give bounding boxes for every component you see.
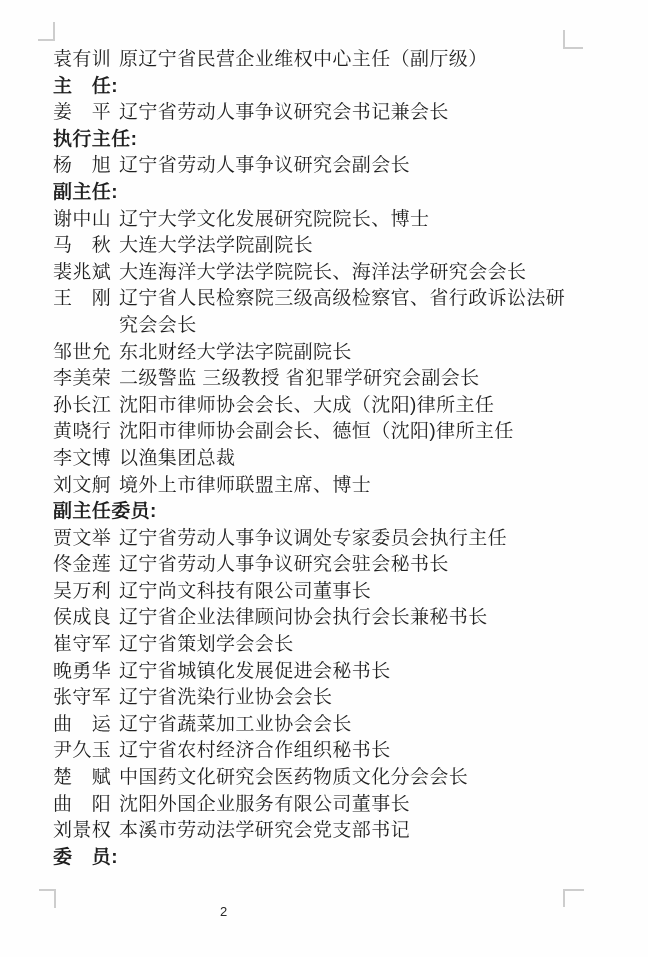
person-name: 李美荣	[53, 366, 112, 393]
person-name: 尹久玉	[53, 738, 112, 765]
person-name: 邹世允	[53, 340, 112, 367]
person-name: 刘景权	[53, 818, 112, 845]
person-title: 辽宁省劳动人事争议研究会书记兼会长	[119, 100, 449, 127]
section-heading-label: 主 任:	[53, 74, 118, 101]
roster-entry: 姜 平辽宁省劳动人事争议研究会书记兼会长	[53, 100, 593, 127]
section-heading-label: 副主任:	[53, 180, 118, 207]
roster-entry: 侯成良辽宁省企业法律顾问协会执行会长兼秘书长	[53, 605, 593, 632]
person-name: 黄哓行	[53, 419, 112, 446]
roster-entry: 曲 阳沈阳外国企业服务有限公司董事长	[53, 792, 593, 819]
section-heading: 副主任委员:	[53, 499, 593, 526]
person-title: 辽宁省人民检察院三级高级检察官、省行政诉讼法研究会会长	[119, 286, 569, 339]
roster-entry: 佟金莲辽宁省劳动人事争议研究会驻会秘书长	[53, 552, 593, 579]
person-title: 辽宁省城镇化发展促进会秘书长	[119, 659, 391, 686]
person-title: 大连大学法学院副院长	[119, 233, 313, 260]
person-name: 侯成良	[53, 605, 112, 632]
person-title: 原辽宁省民营企业维权中心主任（副厅级）	[119, 47, 488, 74]
person-title: 境外上市律师联盟主席、博士	[119, 473, 371, 500]
crop-mark-bottom-right	[563, 889, 584, 907]
document-page: 袁有训原辽宁省民营企业维权中心主任（副厅级）主 任:姜 平辽宁省劳动人事争议研究…	[0, 0, 648, 957]
roster-entry: 孙长江沈阳市律师协会会长、大成（沈阳)律所主任	[53, 393, 593, 420]
roster-entry: 崔守军辽宁省策划学会会长	[53, 632, 593, 659]
person-title: 中国药文化研究会医药物质文化分会会长	[119, 765, 468, 792]
roster-entry: 袁有训原辽宁省民营企业维权中心主任（副厅级）	[53, 47, 593, 74]
section-heading: 执行主任:	[53, 127, 593, 154]
person-name: 张守军	[53, 685, 112, 712]
person-title: 辽宁省蔬菜加工业协会会长	[119, 712, 352, 739]
person-name: 贾文举	[53, 526, 112, 553]
roster-entry: 贾文举辽宁省劳动人事争议调处专家委员会执行主任	[53, 526, 593, 553]
person-title: 东北财经大学法字院副院长	[119, 340, 352, 367]
roster-entry: 黄哓行沈阳市律师协会副会长、德恒（沈阳)律所主任	[53, 419, 593, 446]
person-name: 李文博	[53, 446, 112, 473]
person-title: 辽宁省劳动人事争议调处专家委员会执行主任	[119, 526, 507, 553]
person-name: 杨 旭	[53, 153, 112, 180]
person-name: 曲 阳	[53, 792, 112, 819]
roster-entry: 马 秋大连大学法学院副院长	[53, 233, 593, 260]
person-name: 马 秋	[53, 233, 112, 260]
crop-mark-bottom-left	[39, 889, 56, 908]
section-heading: 主 任:	[53, 74, 593, 101]
person-name: 裴兆斌	[53, 260, 112, 287]
roster-entry: 尹久玉辽宁省农村经济合作组织秘书长	[53, 738, 593, 765]
roster-entry: 楚 赋中国药文化研究会医药物质文化分会会长	[53, 765, 593, 792]
person-name: 佟金莲	[53, 552, 112, 579]
person-title: 沈阳市律师协会会长、大成（沈阳)律所主任	[119, 393, 494, 420]
roster-entry: 李文博以渔集团总裁	[53, 446, 593, 473]
person-name: 谢中山	[53, 207, 112, 234]
person-title: 辽宁省劳动人事争议研究会驻会秘书长	[119, 552, 449, 579]
roster-entry: 裴兆斌大连海洋大学法学院院长、海洋法学研究会会长	[53, 260, 593, 287]
person-name: 吴万利	[53, 579, 112, 606]
roster-list: 袁有训原辽宁省民营企业维权中心主任（副厅级）主 任:姜 平辽宁省劳动人事争议研究…	[53, 47, 593, 871]
person-name: 袁有训	[53, 47, 112, 74]
person-title: 辽宁省企业法律顾问协会执行会长兼秘书长	[119, 605, 488, 632]
person-title: 以渔集团总裁	[119, 446, 235, 473]
roster-entry: 吴万利辽宁尚文科技有限公司董事长	[53, 579, 593, 606]
roster-entry: 曲 运辽宁省蔬菜加工业协会会长	[53, 712, 593, 739]
person-title: 辽宁省洗染行业协会会长	[119, 685, 332, 712]
person-name: 晚勇华	[53, 659, 112, 686]
section-heading-label: 执行主任:	[53, 127, 137, 154]
person-title: 本溪市劳动法学研究会党支部书记	[119, 818, 410, 845]
person-name: 王 刚	[53, 286, 112, 313]
person-name: 姜 平	[53, 100, 112, 127]
person-name: 曲 运	[53, 712, 112, 739]
person-title: 沈阳市律师协会副会长、德恒（沈阳)律所主任	[119, 419, 514, 446]
section-heading-label: 副主任委员:	[53, 499, 157, 526]
roster-entry: 晚勇华辽宁省城镇化发展促进会秘书长	[53, 659, 593, 686]
section-heading: 副主任:	[53, 180, 593, 207]
person-title: 辽宁省劳动人事争议研究会副会长	[119, 153, 410, 180]
section-heading-label: 委 员:	[53, 845, 118, 872]
roster-entry: 李美荣二级警监 三级教授 省犯罪学研究会副会长	[53, 366, 593, 393]
roster-entry: 邹世允东北财经大学法字院副院长	[53, 340, 593, 367]
person-name: 孙长江	[53, 393, 112, 420]
person-name: 崔守军	[53, 632, 112, 659]
page-number: 2	[220, 904, 227, 919]
roster-entry: 刘景权本溪市劳动法学研究会党支部书记	[53, 818, 593, 845]
roster-entry: 王 刚辽宁省人民检察院三级高级检察官、省行政诉讼法研究会会长	[53, 286, 593, 339]
roster-entry: 刘文舸境外上市律师联盟主席、博士	[53, 473, 593, 500]
roster-entry: 杨 旭辽宁省劳动人事争议研究会副会长	[53, 153, 593, 180]
person-title: 辽宁省农村经济合作组织秘书长	[119, 738, 391, 765]
person-title: 沈阳外国企业服务有限公司董事长	[119, 792, 410, 819]
person-title: 二级警监 三级教授 省犯罪学研究会副会长	[119, 366, 480, 393]
roster-entry: 谢中山辽宁大学文化发展研究院院长、博士	[53, 207, 593, 234]
person-title: 大连海洋大学法学院院长、海洋法学研究会会长	[119, 260, 526, 287]
section-heading: 委 员:	[53, 845, 593, 872]
roster-entry: 张守军辽宁省洗染行业协会会长	[53, 685, 593, 712]
person-name: 楚 赋	[53, 765, 112, 792]
person-name: 刘文舸	[53, 473, 112, 500]
crop-mark-top-left	[38, 22, 55, 41]
person-title: 辽宁大学文化发展研究院院长、博士	[119, 207, 429, 234]
person-title: 辽宁尚文科技有限公司董事长	[119, 579, 371, 606]
person-title: 辽宁省策划学会会长	[119, 632, 294, 659]
